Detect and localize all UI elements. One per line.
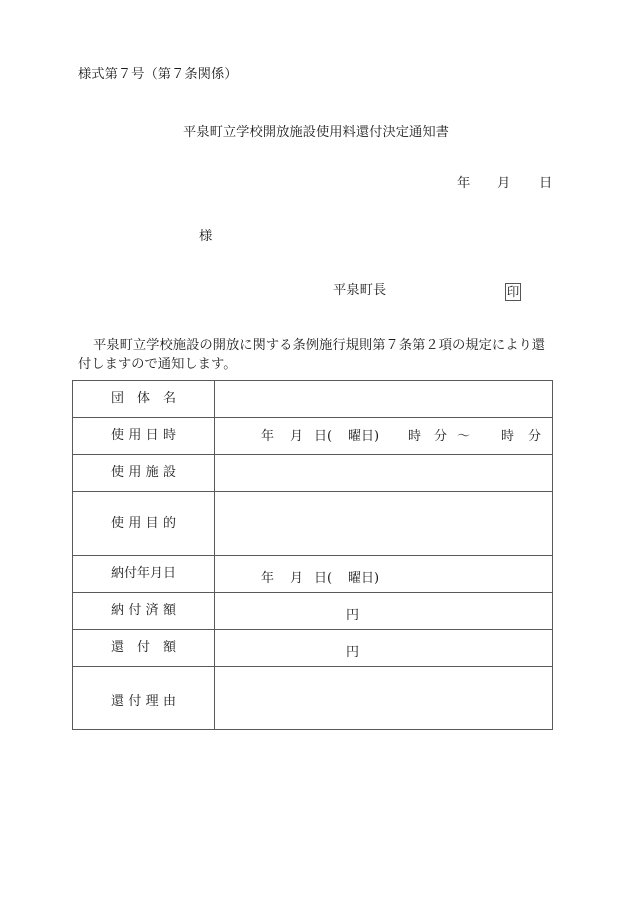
payment-month-unit: 月 (290, 572, 303, 585)
usage-day-unit: 日( (314, 430, 332, 443)
label-cell: 還付理由 (73, 667, 215, 730)
label-payment-date: 納付年月日 (111, 567, 176, 580)
label-cell: 使用施設 (73, 455, 215, 492)
label-usage-datetime: 使用日時 (111, 429, 176, 442)
table-row-usage-datetime: 使用日時 年 月 日( 曜日) 時 分 ～ 時 分 (73, 418, 553, 455)
table-row-refund-amount: 還付額 円 (73, 630, 553, 667)
label-refund-reason: 還付理由 (111, 695, 176, 708)
body-line-1: 平泉町立学校施設の開放に関する条例施行規則第７条第２項の規定により還 (93, 339, 545, 352)
issuer-name: 平泉町長 (333, 284, 386, 297)
seal-label: 印 (507, 284, 520, 299)
label-cell: 使用日時 (73, 418, 215, 455)
date-month-label: 月 (497, 177, 510, 190)
label-cell: 還付額 (73, 630, 215, 667)
usage-weekday-unit: 曜日) (348, 430, 379, 443)
label-facility: 使用施設 (111, 466, 176, 479)
addressee-honorific: 様 (199, 230, 212, 243)
label-amount-paid: 納付済額 (111, 604, 176, 617)
payment-day-unit: 日( (314, 572, 332, 585)
amount-paid-yen-unit: 円 (346, 609, 359, 622)
body-line-2: 付しますので通知します。 (78, 358, 237, 371)
label-refund-amount: 還付額 (111, 641, 176, 654)
table-row-purpose: 使用目的 (73, 492, 553, 556)
usage-datetime-field[interactable]: 年 月 日( 曜日) 時 分 ～ 時 分 (215, 418, 553, 455)
payment-weekday-unit: 曜日) (348, 572, 379, 585)
group-name-field[interactable] (215, 381, 553, 418)
table-row-payment-date: 納付年月日 年 月 日( 曜日) (73, 556, 553, 593)
payment-year-unit: 年 (261, 572, 274, 585)
usage-end-hour-unit: 時 (501, 430, 514, 443)
usage-start-minute-unit: 分 (434, 430, 447, 443)
payment-date-field[interactable]: 年 月 日( 曜日) (215, 556, 553, 593)
facility-field[interactable] (215, 455, 553, 492)
usage-year-unit: 年 (261, 430, 274, 443)
label-cell: 団体名 (73, 381, 215, 418)
usage-range-tilde: ～ (457, 430, 470, 443)
document-title: 平泉町立学校開放施設使用料還付決定通知書 (183, 126, 449, 139)
form-number: 様式第７号（第７条関係） (78, 68, 238, 81)
refund-amount-field[interactable]: 円 (215, 630, 553, 667)
table-row-facility: 使用施設 (73, 455, 553, 492)
date-day-label: 日 (539, 177, 552, 190)
table-row-group-name: 団体名 (73, 381, 553, 418)
date-year-label: 年 (457, 177, 470, 190)
usage-start-hour-unit: 時 (408, 430, 421, 443)
label-group-name: 団体名 (111, 392, 176, 405)
seal-stamp-box: 印 (505, 283, 521, 301)
usage-month-unit: 月 (290, 430, 303, 443)
purpose-field[interactable] (215, 492, 553, 556)
refund-amount-yen-unit: 円 (346, 646, 359, 659)
label-cell: 納付済額 (73, 593, 215, 630)
label-purpose: 使用目的 (111, 517, 176, 530)
amount-paid-field[interactable]: 円 (215, 593, 553, 630)
label-cell: 使用目的 (73, 492, 215, 556)
label-cell: 納付年月日 (73, 556, 215, 593)
refund-reason-field[interactable] (215, 667, 553, 730)
notice-details-table: 団体名 使用日時 年 月 日( 曜日) 時 分 ～ 時 分 使用施設 (72, 380, 553, 730)
usage-end-minute-unit: 分 (528, 430, 541, 443)
table-row-refund-reason: 還付理由 (73, 667, 553, 730)
table-row-amount-paid: 納付済額 円 (73, 593, 553, 630)
